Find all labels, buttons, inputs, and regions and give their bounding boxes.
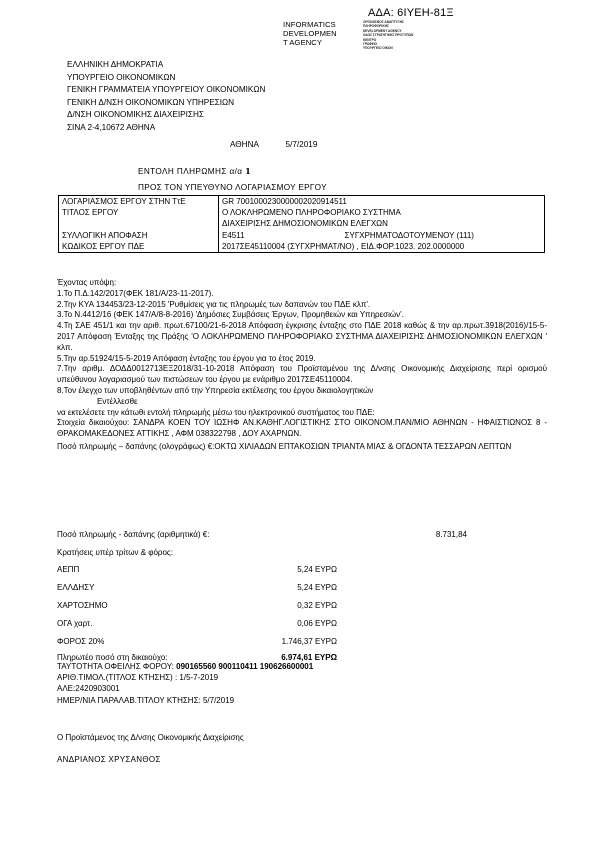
project-info-table: ΛΟΓΑΡΙΑΣΜΟΣ ΕΡΓΟΥ ΣΤΗΝ ΤτΕ GR 7001000230… [58, 195, 545, 253]
considerations-intro: Έχοντας υπόψη: [57, 278, 547, 289]
tax-id-value: 090165560 900110411 190626600001 [176, 662, 313, 671]
order-title: ΕΝΤΟΛΗ ΠΛΗΡΩΜΗΣ α/α 1 [138, 166, 251, 176]
withholding-value: 0,32 ΕΥΡΩ [257, 601, 337, 610]
agency-logo: INFORMATICS DEVELOPMEN T AGENCY [283, 20, 337, 48]
info-key: ΤΙΤΛΟΣ ΕΡΓΟΥ [59, 207, 219, 218]
table-row: ΔΙΑΧΕΙΡΙΣΗΣ ΔΗΜΟΣΙΟΝΟΜΙΚΩΝ ΕΛΕΓΧΩΝ [59, 218, 545, 229]
receipt-date: ΗΜΕΡ/ΝΙΑ ΠΑΡΑΛΑΒ.ΤΙΤΛΟΥ ΚΤΗΣΗΣ: 5/7/2019 [57, 695, 313, 706]
withholdings-label: Κρατήσεις υπέρ τρίτων & φόρος: [57, 548, 173, 557]
info-key: ΣΥΛΛΟΓΙΚΗ ΑΠΟΦΑΣΗ [59, 230, 219, 241]
execute-text: να εκτελέσετε την κάτωθι εντολή πληρωμής… [57, 408, 547, 419]
agency-logo-small-text: ΟΡΓΑΝΙΣΜΟΣ ΑΝΑΠΤΥΞΗΣ ΠΛΗΡΟΦΟΡΙΚΗΣ DEVELO… [363, 20, 413, 51]
info-value: 2017ΣΕ45110004 (ΣΥΓΧΡΗΜΑΤ/ΝΟ) , ΕΙΔ.ΦΟΡ.… [219, 241, 545, 253]
consideration-item: 2.Την ΚΥΑ 134453/23-12-2015 'Ρυθμίσεις γ… [57, 300, 547, 311]
issue-date-value: 5/7/2019 [286, 140, 318, 149]
info-value: GR 7001000230000002020914511 [219, 196, 545, 208]
order-title-text: ΕΝΤΟΛΗ ΠΛΗΡΩΜΗΣ α/α [138, 167, 242, 176]
withholding-label: ΕΛΛΔΗΣΥ [57, 583, 94, 592]
consideration-item: 1.Το Π.Δ.142/2017(ΦΕΚ 181/Α/23-11-2017). [57, 289, 547, 300]
amount-in-words: Ποσό πληρωμής – δαπάνης (ολογράφως) €:ΟΚ… [57, 442, 547, 453]
withholding-label: ΦΟΡΟΣ 20% [57, 637, 104, 646]
info-key: ΛΟΓΑΡΙΑΣΜΟΣ ΕΡΓΟΥ ΣΤΗΝ ΤτΕ [59, 196, 219, 208]
decision-type: ΣΥΓΧΡΗΜΑΤΟΔΟΤΟΥΜΕΝΟΥ (111) [345, 231, 474, 240]
header-line: ΓΕΝΙΚΗ Δ/ΝΣΗ ΟΙΚΟΝΟΜΙΚΩΝ ΥΠΗΡΕΣΙΩΝ [67, 97, 265, 110]
header-line: Δ/ΝΣΗ ΟΙΚΟΝΟΜΙΚΗΣ ΔΙΑΧΕΙΡΙΣΗΣ [67, 109, 265, 122]
header-line: ΣΙΝΑ 2-4,10672 ΑΘΗΝΑ [67, 122, 265, 135]
table-row: ΚΩΔΙΚΟΣ ΕΡΓΟΥ ΠΔΕ 2017ΣΕ45110004 (ΣΥΓΧΡΗ… [59, 241, 545, 253]
logo-line: DEVELOPMEN [283, 29, 337, 38]
table-row: ΣΥΛΛΟΓΙΚΗ ΑΠΟΦΑΣΗ Ε4511ΣΥΓΧΡΗΜΑΤΟΔΟΤΟΥΜΕ… [59, 230, 545, 241]
command-text: Εντέλλεσθε [57, 397, 547, 408]
withholding-value: 0,06 ΕΥΡΩ [257, 619, 337, 628]
withholding-value: 1.746,37 ΕΥΡΩ [257, 637, 337, 646]
logo-line: INFORMATICS [283, 20, 337, 29]
signatory-role: Ο Προϊστάμενος της Δ/νσης Οικονομικής Δι… [57, 733, 244, 742]
consideration-item: 8.Τον έλεγχο των υποβληθέντων από την Υπ… [57, 386, 547, 397]
table-row: ΤΙΤΛΟΣ ΕΡΓΟΥ Ο ΛΟΚΛΗΡΩΜΕΝΟ ΠΛΗΡΟΦΟΡΙΑΚΟ … [59, 207, 545, 218]
signatory-name: ΑΝΔΡΙΑΝΟΣ ΧΡΥΣΑΝΘΟΣ [57, 755, 161, 764]
info-value: Ο ΛΟΚΛΗΡΩΜΕΝΟ ΠΛΗΡΟΦΟΡΙΑΚΟ ΣΥΣΤΗΜΑ [219, 207, 545, 218]
ada-code: ΑΔΑ: 6ΙΥΕΗ-81Ξ [368, 7, 454, 19]
header-line: ΓΕΝΙΚΗ ΓΡΑΜΜΑΤΕΙΑ ΥΠΟΥΡΓΕΙΟΥ ΟΙΚΟΝΟΜΙΚΩΝ [67, 84, 265, 97]
withholding-value: 5,24 ΕΥΡΩ [257, 583, 337, 592]
issuer-header: ΕΛΛΗΝΙΚΗ ΔΗΜΟΚΡΑΤΙΑ ΥΠΟΥΡΓΕΙΟ ΟΙΚΟΝΟΜΙΚΩ… [67, 59, 265, 135]
consideration-item: 7.Την αριθμ. ΔΟΔΔ0012713ΕΞ2018/31-10-201… [57, 364, 547, 386]
withholding-value: 5,24 ΕΥΡΩ [257, 565, 337, 574]
logo-small-line: ΟΔΟΣ ΣΤΡΑΤΗΓΙΚΗΣ ΠΡΟΤΥΠΩΝ [363, 33, 413, 37]
table-row: ΛΟΓΑΡΙΑΣΜΟΣ ΕΡΓΟΥ ΣΤΗΝ ΤτΕ GR 7001000230… [59, 196, 545, 208]
tax-id-label: ΤΑΥΤΟΤΗΤΑ ΟΦΕΙΛΗΣ ΦΟΡΟΥ: [57, 662, 174, 671]
header-line: ΕΛΛΗΝΙΚΗ ΔΗΜΟΚΡΑΤΙΑ [67, 59, 265, 72]
consideration-item: 5.Την αρ.51924/15-5-2019 Απόφαση ένταξης… [57, 354, 547, 365]
logo-line: T AGENCY [283, 38, 337, 47]
issue-city: ΑΘΗΝΑ [230, 140, 259, 149]
order-body: Έχοντας υπόψη: 1.Το Π.Δ.142/2017(ΦΕΚ 181… [57, 278, 547, 453]
consideration-item: 3.Το Ν.4412/16 (ΦΕΚ 147/Α/8-8-2016) 'Δημ… [57, 310, 547, 321]
logo-small-line: ΥΠΟΥΡΓΕΙΟ ΟΙΚΟΝ [363, 46, 413, 50]
decision-code: Ε4511 [222, 231, 245, 240]
tax-details: ΤΑΥΤΟΤΗΤΑ ΟΦΕΙΛΗΣ ΦΟΡΟΥ: 090165560 90011… [57, 661, 313, 706]
numeric-amount-value: 8.731,84 [407, 530, 467, 539]
issue-date: ΑΘΗΝΑ 5/7/2019 [230, 140, 317, 149]
tax-id-line: ΤΑΥΤΟΤΗΤΑ ΟΦΕΙΛΗΣ ΦΟΡΟΥ: 090165560 90011… [57, 661, 313, 672]
info-value: Ε4511ΣΥΓΧΡΗΜΑΤΟΔΟΤΟΥΜΕΝΟΥ (111) [219, 230, 545, 241]
invoice-number: ΑΡΙΘ.ΤΙΜΟΛ.(ΤΙΤΛΟΣ ΚΤΗΣΗΣ) : 1/5-7-2019 [57, 672, 313, 683]
order-subtitle: ΠΡΟΣ ΤΟΝ ΥΠΕΥΘΥΝΟ ΛΟΓΑΡΙΑΣΜΟΥ ΕΡΓΟΥ [138, 183, 327, 192]
info-key: ΚΩΔΙΚΟΣ ΕΡΓΟΥ ΠΔΕ [59, 241, 219, 253]
ale-code: ΑΛΕ:2420903001 [57, 683, 313, 694]
withholding-label: ΑΕΠΠ [57, 565, 79, 574]
numeric-amount-label: Ποσό πληρωμής - δαπάνης (αριθμητικά) €: [57, 530, 209, 539]
info-value: ΔΙΑΧΕΙΡΙΣΗΣ ΔΗΜΟΣΙΟΝΟΜΙΚΩΝ ΕΛΕΓΧΩΝ [219, 218, 545, 229]
consideration-item: 4.Τη ΣΑΕ 451/1 και την αριθ. πρωτ.67100/… [57, 321, 547, 353]
withholding-label: ΟΓΑ χαρτ. [57, 619, 92, 628]
withholding-label: ΧΑΡΤΟΣΗΜΟ [57, 601, 108, 610]
header-line: ΥΠΟΥΡΓΕΙΟ ΟΙΚΟΝΟΜΙΚΩΝ [67, 72, 265, 85]
order-number: 1 [245, 166, 251, 176]
beneficiary-details: Στοιχεία δικαιούχου: ΣΑΝΔΡΑ ΚΟΕΝ ΤΟΥ ΙΩΣ… [57, 418, 547, 440]
info-key [59, 218, 219, 229]
